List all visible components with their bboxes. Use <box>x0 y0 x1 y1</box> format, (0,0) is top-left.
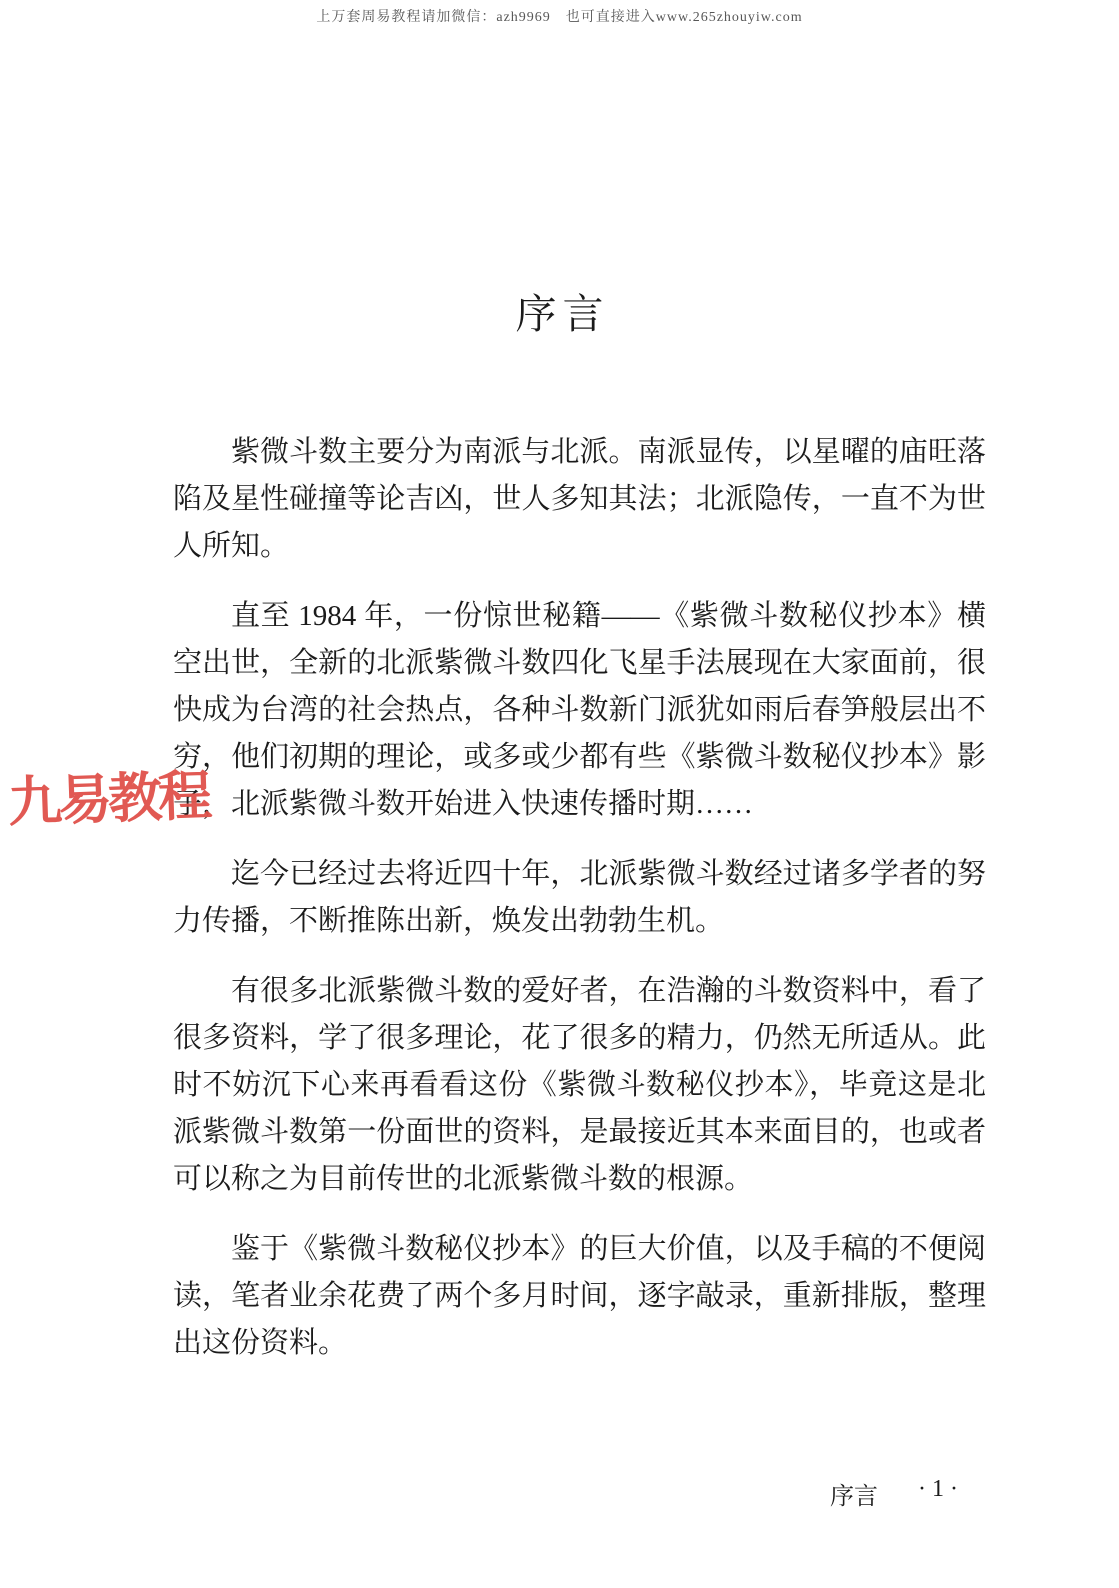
body-text: 紫微斗数主要分为南派与北派。南派显传，以星曜的庙旺落陷及星性碰撞等论吉凶，世人多… <box>173 429 986 1390</box>
paragraph-1: 紫微斗数主要分为南派与北派。南派显传，以星曜的庙旺落陷及星性碰撞等论吉凶，世人多… <box>173 429 986 570</box>
watermark-text: 九易教程 <box>7 753 210 837</box>
paragraph-4: 有很多北派紫微斗数的爱好者，在浩瀚的斗数资料中，看了很多资料，学了很多理论，花了… <box>173 968 986 1203</box>
footer-page-number: · 1 · <box>918 1476 958 1511</box>
paragraph-2: 直至 1984 年，一份惊世秘籍——《紫微斗数秘仪抄本》横空出世，全新的北派紫微… <box>173 593 986 828</box>
page-footer: 序言 · 1 · <box>830 1476 958 1511</box>
paragraph-3: 迄今已经过去将近四十年，北派紫微斗数经过诸多学者的努力传播，不断推陈出新，焕发出… <box>173 851 986 945</box>
paragraph-5: 鉴于《紫微斗数秘仪抄本》的巨大价值，以及手稿的不便阅读，笔者业余花费了两个多月时… <box>173 1226 986 1367</box>
page-title: 序言 <box>0 281 1119 340</box>
document-page: 上万套周易教程请加微信：azh9969 也可直接进入www.265zhouyiw… <box>0 0 1119 1588</box>
header-promo-note: 上万套周易教程请加微信：azh9969 也可直接进入www.265zhouyiw… <box>0 6 1119 26</box>
footer-section-label: 序言 <box>830 1476 878 1511</box>
